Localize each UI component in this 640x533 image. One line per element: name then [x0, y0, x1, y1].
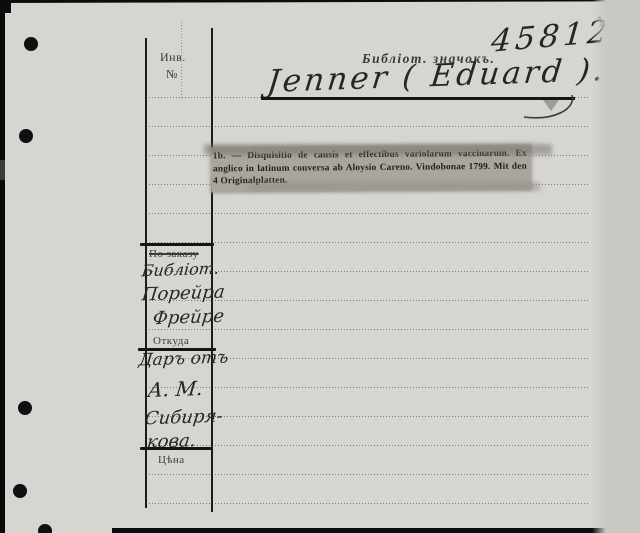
price-label: Цѣна — [158, 454, 185, 466]
punch-hole — [18, 401, 32, 415]
pen-flourish — [520, 95, 580, 127]
library-handwritten: Библіот. — [141, 259, 220, 281]
glue-smudge-top — [204, 144, 552, 155]
order-label-struck: По заказу — [149, 248, 199, 260]
catalog-card-scan: Инв. № По заказу Библіот. Порейра Фрейре… — [0, 0, 640, 533]
name-handwritten-1: Порейра — [141, 282, 226, 306]
gift-handwritten: Даръ отъ — [138, 347, 230, 370]
glue-smudge-bottom — [248, 182, 540, 191]
punch-hole — [24, 37, 38, 51]
ink-separator — [140, 243, 214, 246]
scan-edge-top — [0, 0, 614, 3]
scan-edge-corner — [0, 0, 11, 13]
initials-handwritten: А. М. — [147, 376, 204, 402]
inventory-number-sign: № — [166, 67, 178, 82]
scan-edge-left — [0, 0, 5, 533]
ink-separator — [140, 447, 212, 450]
inventory-label: Инв. — [160, 50, 186, 65]
card-right-shadow-band — [592, 0, 640, 533]
scan-edge-bottom — [112, 528, 640, 533]
origin-label: Откуда — [153, 335, 189, 347]
punch-hole — [19, 129, 33, 143]
punch-hole-clipped — [38, 524, 52, 533]
punch-hole — [13, 484, 27, 498]
donor-handwritten-1: Сибиря- — [144, 406, 224, 430]
name-handwritten-2: Фрейре — [152, 306, 225, 329]
entry-title-handwritten: Jenner ( Eduard ). — [265, 52, 607, 100]
